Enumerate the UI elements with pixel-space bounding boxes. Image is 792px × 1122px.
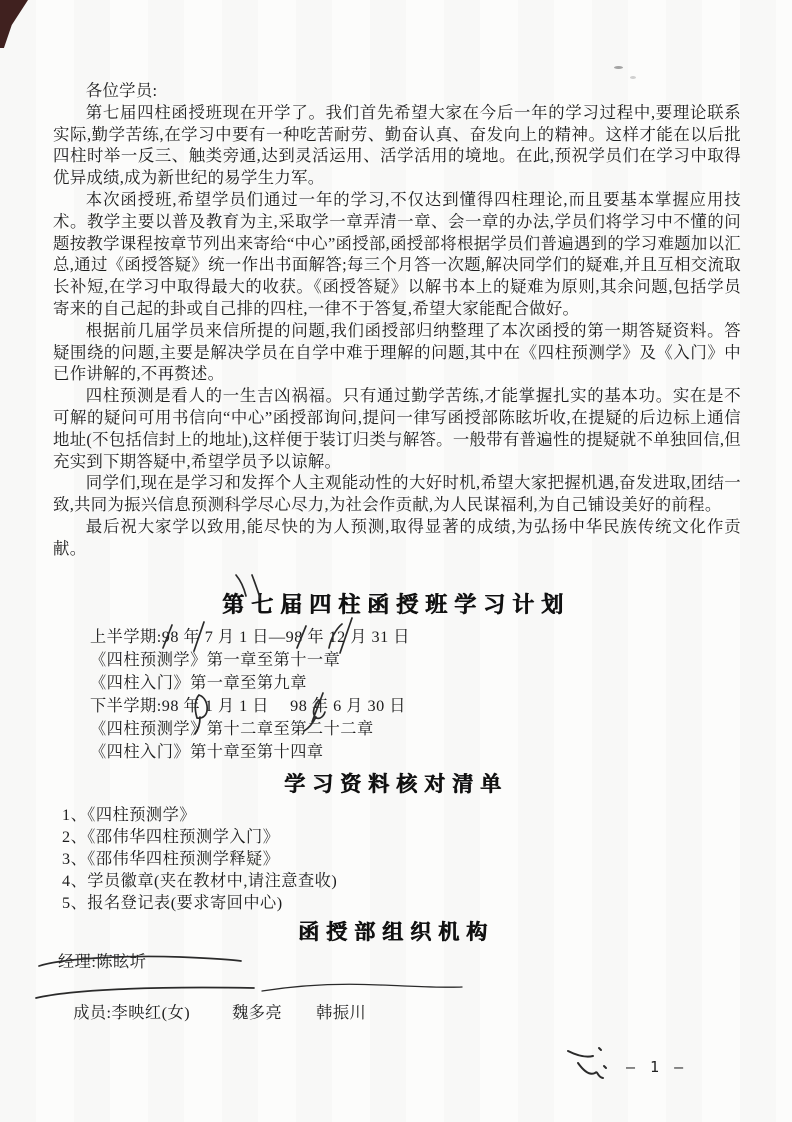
study-plan-title: 第七届四柱函授班学习计划 — [0, 588, 792, 619]
manager-line-struck: 经理:陈眩圻 — [58, 948, 146, 972]
paragraph-5: 同学们,现在是学习和发挥个人主观能动性的大好时机,希望大家把握机遇,奋发进取,团… — [53, 472, 741, 516]
salutation: 各位学员: — [53, 80, 741, 102]
scanned-letter-page: 各位学员: 第七届四柱函授班现在开学了。我们首先希望大家在今后一年的学习过程中,… — [0, 0, 792, 1122]
schedule-line-lower-term: 下半学期:98 年 1 月 1 日 98 年 6 月 30 日 — [90, 695, 410, 718]
page-number: — 1 — — [626, 1058, 686, 1076]
paragraph-4: 四柱预测是看人的一生吉凶祸福。只有通过勤学苦练,才能掌握扎实的基本功。实在是不可… — [53, 385, 741, 472]
study-plan-schedule: 上半学期:98 年 7 月 1 日—98 年 12 月 31 日 《四柱预测学》… — [90, 626, 410, 764]
materials-checklist: 1、《四柱预测学》 2、《邵伟华四柱预测学入门》 3、《邵伟华四柱预测学释疑》 … — [62, 804, 337, 914]
schedule-line-upper-term: 上半学期:98 年 7 月 1 日—98 年 12 月 31 日 — [90, 626, 410, 649]
schedule-line: 《四柱预测学》第十二章至第二十二章 — [90, 718, 410, 741]
paragraph-6: 最后祝大家学以致用,能尽快的为人预测,取得显著的成绩,为弘扬中华民族传统文化作贡… — [53, 516, 741, 560]
members-prefix: 成员:李映红(女) — [73, 1004, 190, 1022]
scan-speck — [630, 76, 636, 79]
letter-body: 各位学员: 第七届四柱函授班现在开学了。我们首先希望大家在今后一年的学习过程中,… — [53, 80, 741, 588]
paragraph-1: 第七届四柱函授班现在开学了。我们首先希望大家在今后一年的学习过程中,要理论联系实… — [53, 102, 741, 189]
checklist-item-5: 5、报名登记表(要求寄回中心) — [62, 892, 337, 914]
checklist-item-3: 3、《邵伟华四柱预测学释疑》 — [62, 848, 337, 870]
materials-checklist-title: 学习资料核对清单 — [0, 768, 792, 798]
schedule-line: 《四柱预测学》第一章至第十一章 — [90, 649, 410, 672]
scan-speck — [614, 66, 623, 69]
paragraph-2: 本次函授班,希望学员们通过一年的学习,不仅达到懂得四柱理论,而且要基本掌握应用技… — [53, 189, 741, 320]
checklist-item-2: 2、《邵伟华四柱预测学入门》 — [62, 826, 337, 848]
member-name-2: 魏多亮 — [232, 1004, 282, 1022]
paragraph-3: 根据前几届学员来信所提的问题,我们函授部归纳整理了本次函授的第一期答疑资料。答疑… — [53, 320, 741, 385]
schedule-line: 《四柱入门》第十章至第十四章 — [90, 741, 410, 764]
members-line-struck: 成员:李映红(女)魏多亮韩振川 — [55, 980, 366, 1042]
organization-title: 函授部组织机构 — [0, 916, 792, 946]
member-name-3: 韩振川 — [316, 1004, 366, 1022]
scan-corner-artifact — [0, 0, 28, 48]
page-number-scribble — [568, 1048, 606, 1078]
checklist-item-4: 4、学员徽章(夹在教材中,请注意查收) — [62, 870, 337, 892]
checklist-item-1: 1、《四柱预测学》 — [62, 804, 337, 826]
schedule-line: 《四柱入门》第一章至第九章 — [90, 672, 410, 695]
